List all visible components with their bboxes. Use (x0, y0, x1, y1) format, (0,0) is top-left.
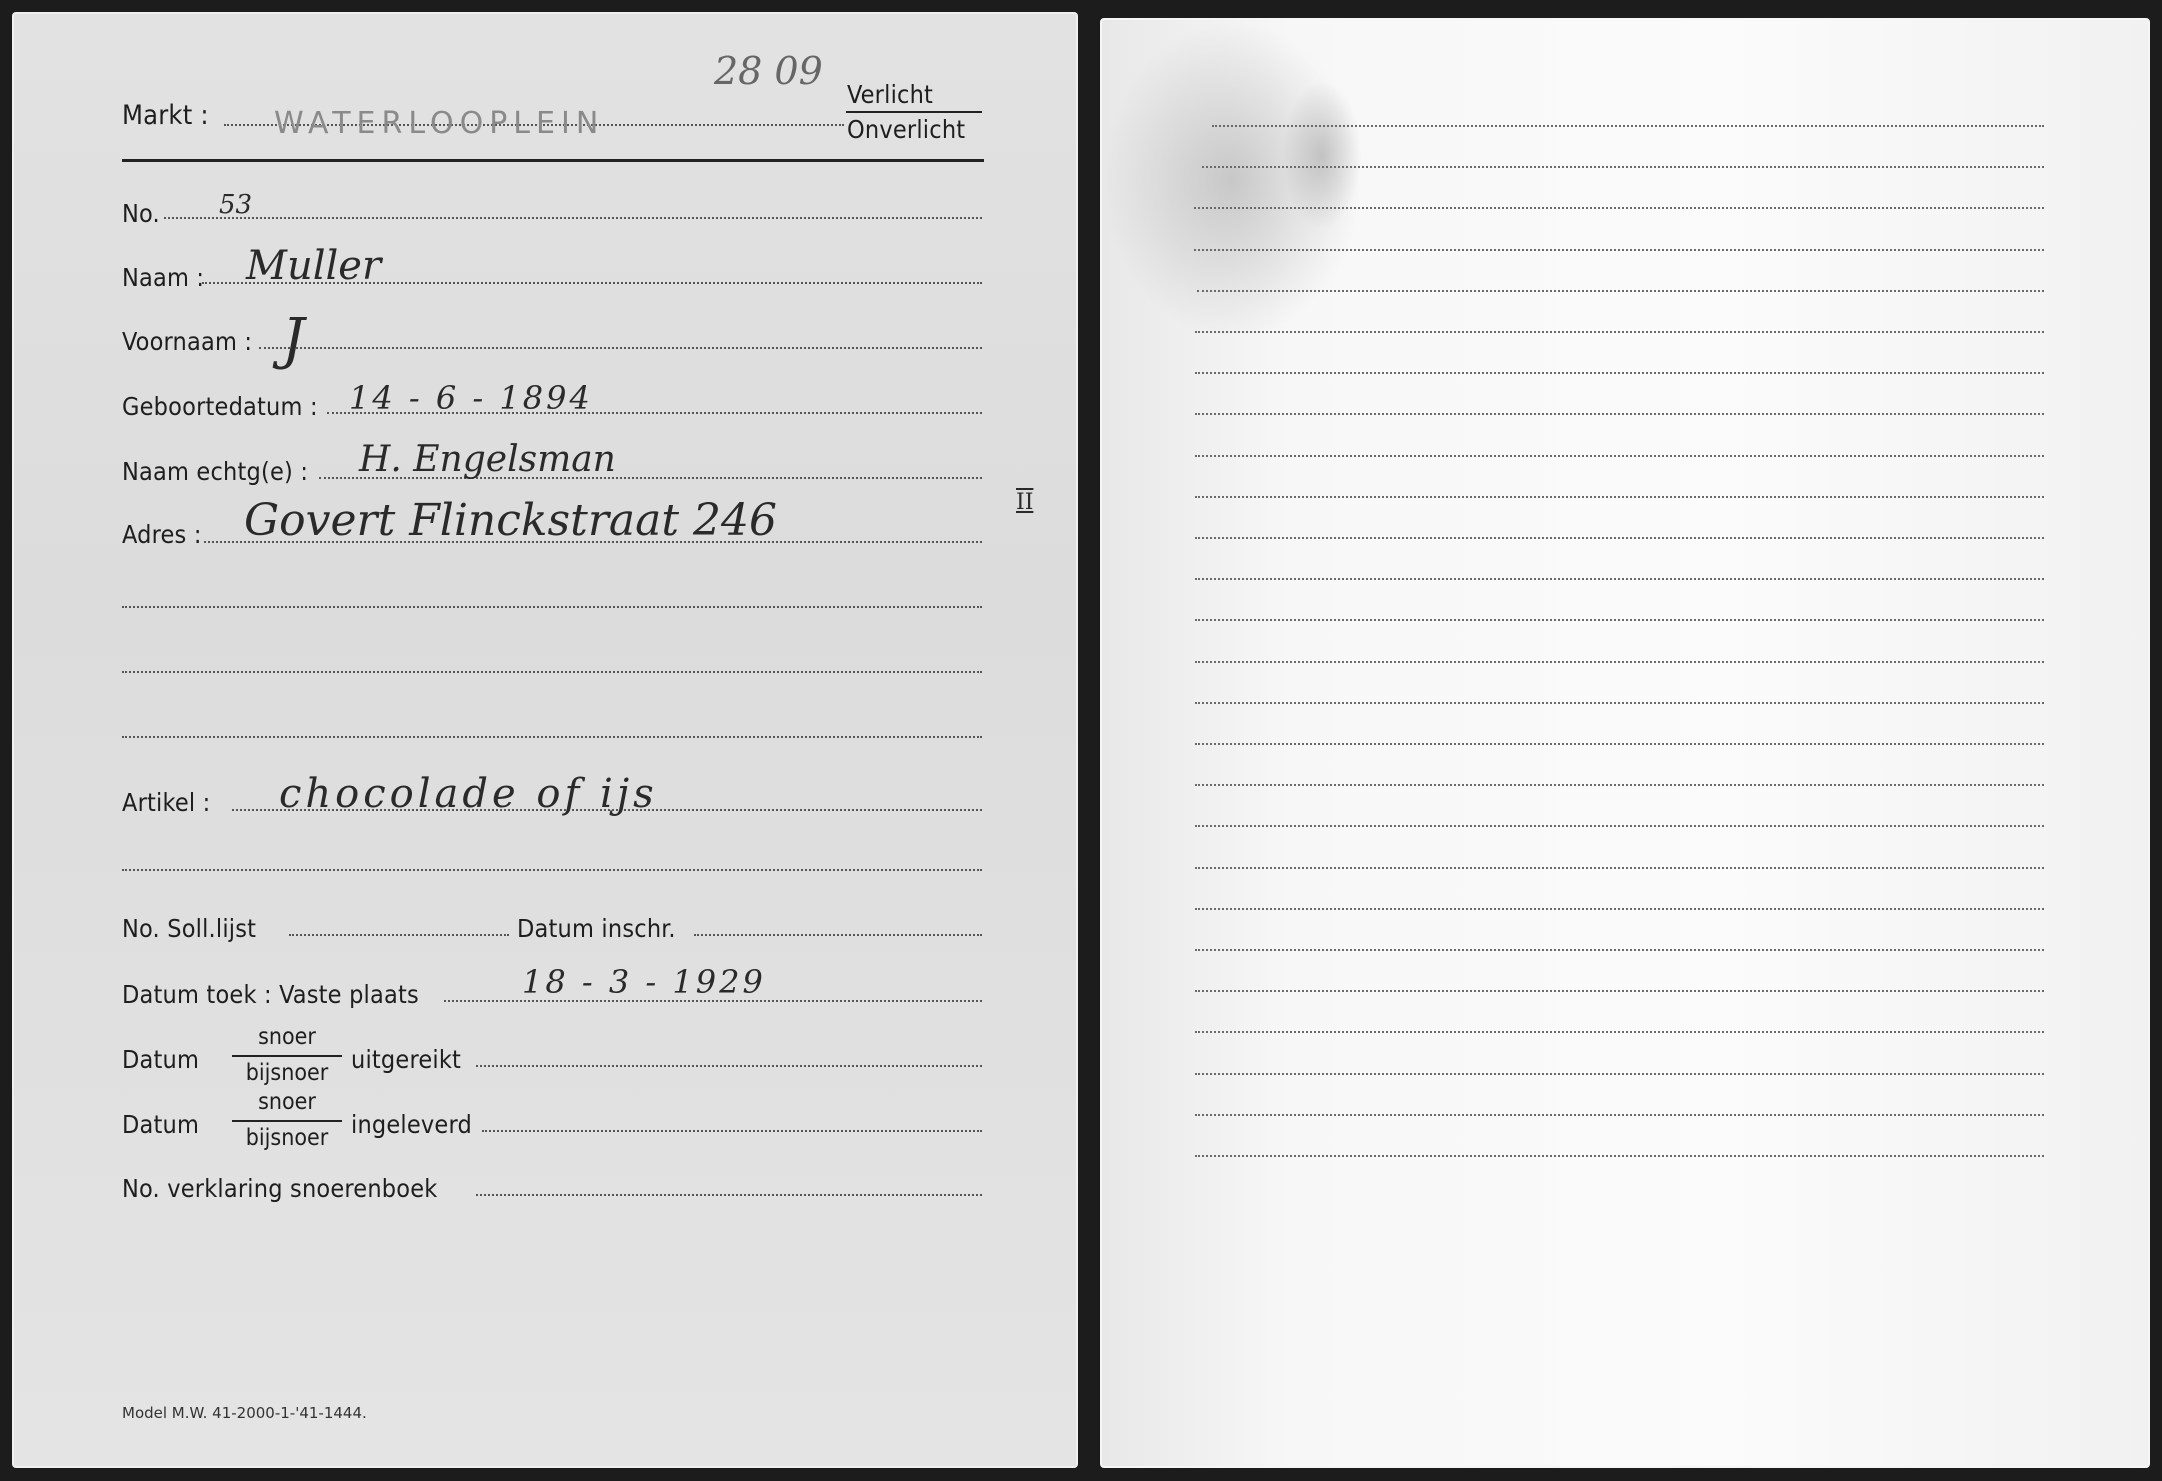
datum-ingeleverd-prefix: Datum (122, 1112, 199, 1137)
onverlicht-label: Onverlicht (847, 117, 965, 142)
ruled-line (1195, 413, 2044, 415)
naam-label: Naam : (122, 265, 204, 290)
ruled-line (1194, 207, 2044, 209)
card-back (1100, 18, 2150, 1468)
no-verklaring-label: No. verklaring snoerenboek (122, 1176, 438, 1201)
model-footer: Model M.W. 41-2000-1-'41-1444. (122, 1404, 367, 1422)
geboortedatum-label: Geboortedatum : (122, 394, 318, 419)
naam-value: Muller (246, 246, 381, 286)
ruled-line (1195, 825, 2044, 827)
adres-extra-line-1 (122, 606, 982, 608)
naam-echtgenote-label: Naam echtg(e) : (122, 459, 308, 484)
datum-uitgereikt-suffix: uitgereikt (351, 1047, 461, 1072)
ruled-line (1195, 908, 2044, 910)
voornaam-label: Voornaam : (122, 329, 252, 354)
ruled-line (1194, 249, 2044, 251)
fraction-top: snoer (232, 1091, 342, 1114)
ruled-line (1195, 496, 2044, 498)
ruled-line (1195, 1155, 2044, 1157)
snoer-bijsnoer-fraction-1: snoer bijsnoer (232, 1026, 342, 1085)
ruled-line (1197, 290, 2044, 292)
ruled-line (1195, 1073, 2044, 1075)
adres-value: Govert Flinckstraat 246 (244, 499, 777, 543)
ruled-line (1202, 166, 2044, 168)
datum-toek-value: 18 - 3 - 1929 (522, 966, 766, 998)
adres-floor-suffix: II (1016, 492, 1033, 514)
artikel-value: chocolade of ijs (279, 774, 658, 814)
ruled-line (1212, 125, 2044, 127)
voornaam-dotted-line (259, 347, 982, 349)
adres-label: Adres : (122, 522, 202, 547)
ruled-line (1195, 619, 2044, 621)
ruled-line (1195, 661, 2044, 663)
datum-inschr-label: Datum inschr. (517, 916, 676, 941)
ruled-line (1195, 743, 2044, 745)
ruled-line (1195, 372, 2044, 374)
ruled-line (1195, 578, 2044, 580)
markt-label: Markt : (122, 102, 209, 129)
no-label: No. (122, 201, 160, 226)
fraction-bar (232, 1120, 342, 1122)
no-value: 53 (219, 192, 252, 218)
naam-echtgenote-value: H. Engelsman (359, 442, 616, 478)
artikel-label: Artikel : (122, 790, 210, 815)
fraction-top: snoer (232, 1026, 342, 1049)
voornaam-value: J (282, 312, 304, 368)
datum-uitgereikt-prefix: Datum (122, 1047, 199, 1072)
adres-extra-line-3 (122, 736, 982, 738)
artikel-extra-line (122, 869, 982, 871)
handwritten-number: 28 09 (714, 52, 823, 90)
datum-inschr-dotted-line (694, 934, 982, 936)
fraction-bottom: bijsnoer (232, 1062, 342, 1085)
header-rule (122, 159, 984, 162)
ruled-line (1195, 867, 2044, 869)
ruled-line (1195, 455, 2044, 457)
adres-extra-line-2 (122, 671, 982, 673)
ruled-line (1195, 1114, 2044, 1116)
no-dotted-line (164, 217, 982, 219)
no-soll-lijst-dotted-line (289, 934, 509, 936)
ruled-line (1195, 949, 2044, 951)
verlicht-label: Verlicht (847, 82, 933, 107)
lighting-divider (846, 111, 982, 113)
geboortedatum-value: 14 - 6 - 1894 (349, 382, 593, 414)
markt-value: WATERLOOPLEIN (274, 109, 604, 139)
no-soll-lijst-label: No. Soll.lijst (122, 916, 256, 941)
ruled-line (1195, 702, 2044, 704)
ruled-line (1195, 537, 2044, 539)
snoer-bijsnoer-fraction-2: snoer bijsnoer (232, 1091, 342, 1150)
datum-toek-label: Datum toek : Vaste plaats (122, 982, 419, 1007)
ruled-line (1195, 784, 2044, 786)
ruled-line (1195, 990, 2044, 992)
ruled-line (1195, 331, 2044, 333)
datum-ingeleverd-dotted-line (482, 1130, 982, 1132)
datum-uitgereikt-dotted-line (476, 1065, 982, 1067)
datum-ingeleverd-suffix: ingeleverd (351, 1112, 472, 1137)
card-front: Markt : WATERLOOPLEIN 28 09 Verlicht Onv… (12, 12, 1078, 1468)
ruled-line (1195, 1031, 2044, 1033)
fraction-bar (232, 1055, 342, 1057)
no-verklaring-dotted-line (476, 1194, 982, 1196)
fraction-bottom: bijsnoer (232, 1127, 342, 1150)
